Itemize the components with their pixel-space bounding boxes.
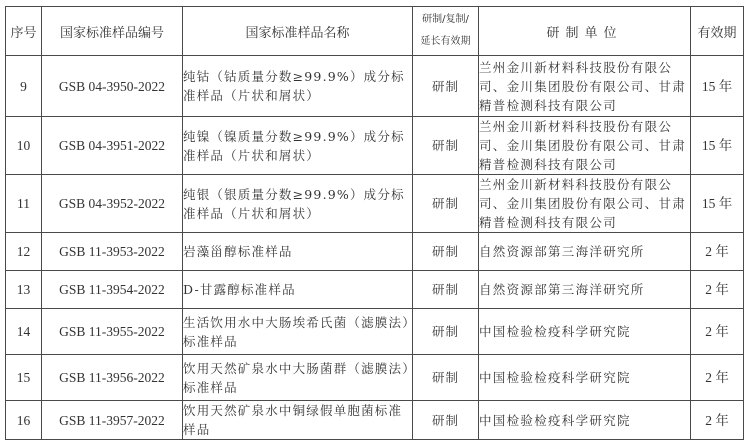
cell-name: 生活饮用水中大肠埃希氏菌（滤膜法）标准样品 [183, 309, 413, 355]
cell-code: GSB 04-3952-2022 [42, 175, 183, 233]
cell-code: GSB 11-3953-2022 [42, 233, 183, 271]
cell-unit: 兰州金川新材料科技股份有限公司、金川集团股份有限公司、甘肃精普检测科技有限公司 [479, 117, 691, 175]
cell-code: GSB 11-3957-2022 [42, 401, 183, 440]
table-row: 16 GSB 11-3957-2022 饮用天然矿泉水中铜绿假单胞菌标准样品 研… [6, 401, 744, 440]
header-index: 序号 [6, 7, 42, 56]
cell-unit: 中国检验检疫科学研究院 [479, 309, 691, 355]
standard-samples-table: 序号 国家标准样品编号 国家标准样品名称 研制/复制/ 延长有效期 研制单位 有… [5, 6, 744, 440]
cell-index: 13 [6, 271, 42, 309]
cell-code: GSB 11-3955-2022 [42, 309, 183, 355]
cell-index: 9 [6, 56, 42, 117]
cell-validity: 2 年 [691, 355, 744, 401]
cell-code: GSB 11-3954-2022 [42, 271, 183, 309]
cell-code: GSB 11-3956-2022 [42, 355, 183, 401]
cell-index: 16 [6, 401, 42, 440]
cell-validity: 2 年 [691, 233, 744, 271]
cell-name: 饮用天然矿泉水中大肠菌群（滤膜法）标准样品 [183, 355, 413, 401]
cell-unit: 自然资源部第三海洋研究所 [479, 271, 691, 309]
cell-type: 研制 [413, 175, 479, 233]
cell-type: 研制 [413, 117, 479, 175]
cell-index: 15 [6, 355, 42, 401]
cell-type: 研制 [413, 309, 479, 355]
cell-validity: 15 年 [691, 175, 744, 233]
cell-name: 纯钴（钴质量分数≥99.9%）成分标准样品（片状和屑状） [183, 56, 413, 117]
cell-code: GSB 04-3951-2022 [42, 117, 183, 175]
cell-type: 研制 [413, 271, 479, 309]
cell-index: 11 [6, 175, 42, 233]
table-row: 9 GSB 04-3950-2022 纯钴（钴质量分数≥99.9%）成分标准样品… [6, 56, 744, 117]
table-row: 14 GSB 11-3955-2022 生活饮用水中大肠埃希氏菌（滤膜法）标准样… [6, 309, 744, 355]
cell-name: 纯银（银质量分数≥99.9%）成分标准样品（片状和屑状） [183, 175, 413, 233]
cell-name: 岩藻甾醇标准样品 [183, 233, 413, 271]
header-row: 序号 国家标准样品编号 国家标准样品名称 研制/复制/ 延长有效期 研制单位 有… [6, 7, 744, 56]
cell-unit: 兰州金川新材料科技股份有限公司、金川集团股份有限公司、甘肃精普检测科技有限公司 [479, 175, 691, 233]
cell-index: 14 [6, 309, 42, 355]
cell-index: 12 [6, 233, 42, 271]
cell-name: D-甘露醇标准样品 [183, 271, 413, 309]
table-row: 11 GSB 04-3952-2022 纯银（银质量分数≥99.9%）成分标准样… [6, 175, 744, 233]
cell-type: 研制 [413, 56, 479, 117]
cell-unit: 自然资源部第三海洋研究所 [479, 233, 691, 271]
cell-validity: 15 年 [691, 117, 744, 175]
cell-name: 纯镍（镍质量分数≥99.9%）成分标准样品（片状和屑状） [183, 117, 413, 175]
table-row: 10 GSB 04-3951-2022 纯镍（镍质量分数≥99.9%）成分标准样… [6, 117, 744, 175]
header-type-line1: 研制/复制/ [413, 9, 478, 31]
cell-unit: 兰州金川新材料科技股份有限公司、金川集团股份有限公司、甘肃精普检测科技有限公司 [479, 56, 691, 117]
table-row: 12 GSB 11-3953-2022 岩藻甾醇标准样品 研制 自然资源部第三海… [6, 233, 744, 271]
cell-type: 研制 [413, 233, 479, 271]
cell-type: 研制 [413, 401, 479, 440]
cell-unit: 中国检验检疫科学研究院 [479, 355, 691, 401]
cell-validity: 15 年 [691, 56, 744, 117]
table-row: 15 GSB 11-3956-2022 饮用天然矿泉水中大肠菌群（滤膜法）标准样… [6, 355, 744, 401]
cell-validity: 2 年 [691, 271, 744, 309]
header-type: 研制/复制/ 延长有效期 [413, 7, 479, 56]
header-validity: 有效期 [691, 7, 744, 56]
cell-index: 10 [6, 117, 42, 175]
cell-validity: 2 年 [691, 401, 744, 440]
header-code: 国家标准样品编号 [42, 7, 183, 56]
table-row: 13 GSB 11-3954-2022 D-甘露醇标准样品 研制 自然资源部第三… [6, 271, 744, 309]
header-name: 国家标准样品名称 [183, 7, 413, 56]
cell-name: 饮用天然矿泉水中铜绿假单胞菌标准样品 [183, 401, 413, 440]
cell-type: 研制 [413, 355, 479, 401]
header-unit: 研制单位 [479, 7, 691, 56]
cell-unit: 中国检验检疫科学研究院 [479, 401, 691, 440]
cell-validity: 2 年 [691, 309, 744, 355]
cell-code: GSB 04-3950-2022 [42, 56, 183, 117]
header-type-line2: 延长有效期 [413, 31, 478, 53]
